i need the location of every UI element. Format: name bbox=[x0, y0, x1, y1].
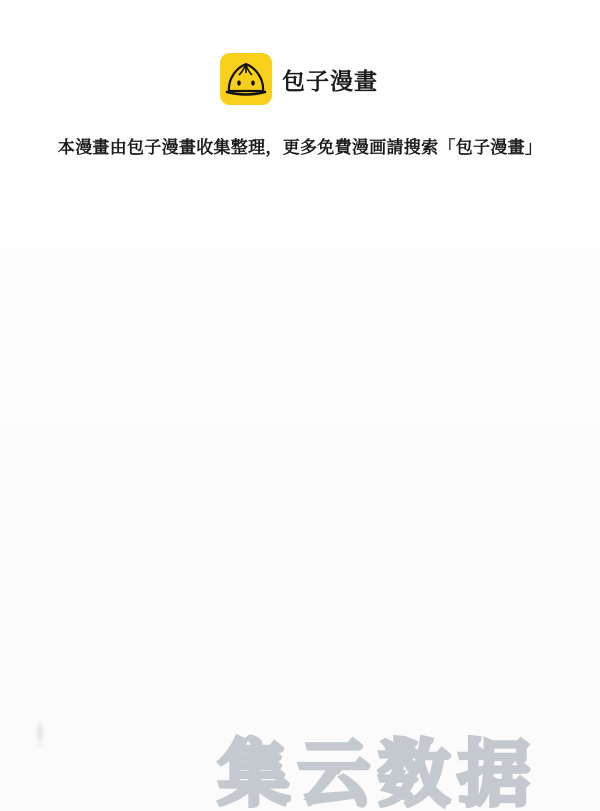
steamed-bun-icon bbox=[220, 53, 272, 105]
source-notice: 本漫畫由包子漫畫收集整理，更多免費漫画請搜索「包子漫畫」 bbox=[0, 133, 600, 158]
brand-header: 包子漫畫 bbox=[220, 53, 378, 105]
watermark-text: 集云数据 bbox=[218, 738, 538, 810]
brand-name: 包子漫畫 bbox=[282, 63, 378, 96]
scan-smudge bbox=[34, 716, 46, 750]
page-background bbox=[0, 0, 600, 811]
